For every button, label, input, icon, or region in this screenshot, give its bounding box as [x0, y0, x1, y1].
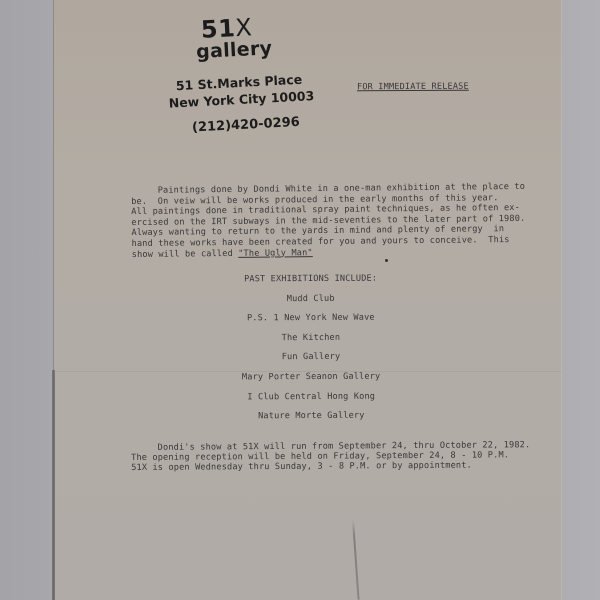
exhibition-item: Mudd Club [186, 293, 436, 314]
exhibition-item: The Kitchen [186, 332, 436, 353]
ink-speck [385, 259, 388, 262]
background-surface-right [561, 0, 600, 600]
past-exhibitions-list: PAST EXHIBITIONS INCLUDE: Mudd Club P.S.… [186, 273, 437, 431]
exhibition-item: I Club Central Hong Kong [186, 391, 436, 412]
intro-paragraph: Paintings done by Dondi White in a one-m… [131, 182, 502, 260]
show-title: "The Ugly Man" [238, 248, 313, 259]
past-exhibitions-heading: PAST EXHIBITIONS INCLUDE: [186, 273, 436, 294]
closing-paragraph: Dondi's show at 51X will run from Septem… [131, 440, 503, 473]
exhibition-item: Fun Gallery [186, 352, 436, 373]
intro-last-line-prefix: show will be called [132, 248, 239, 259]
paper-edge-shadow [52, 370, 55, 600]
background-surface-left [0, 0, 54, 600]
exhibition-item: Mary Porter Seanon Gallery [186, 371, 436, 392]
exhibition-item: P.S. 1 New York New Wave [186, 313, 436, 334]
release-notice: FOR IMMEDIATE RELEASE [357, 82, 469, 93]
gallery-subtitle: gallery [196, 37, 273, 63]
exhibition-item: Nature Morte Gallery [186, 411, 436, 432]
